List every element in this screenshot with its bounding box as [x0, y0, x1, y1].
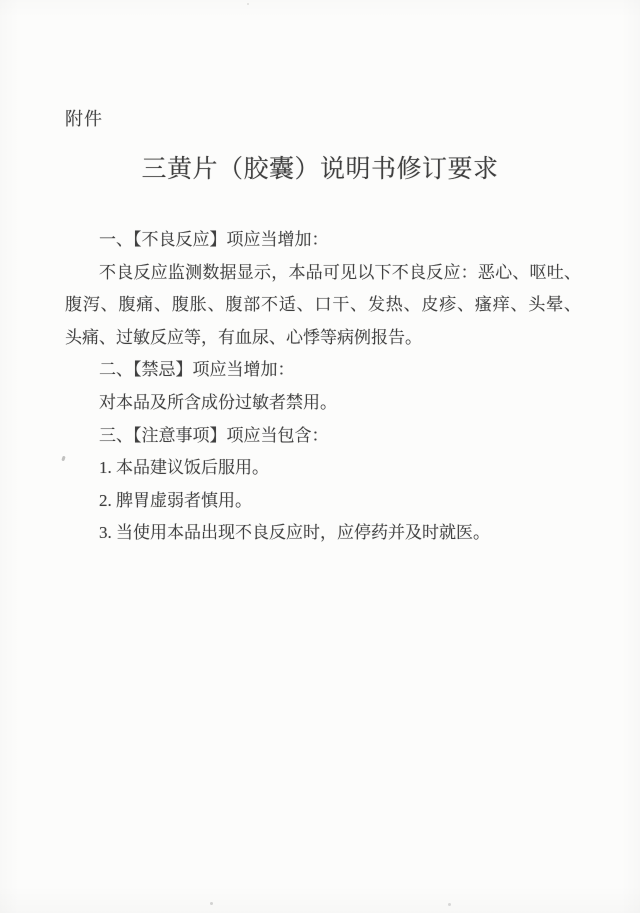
text-line: 3. 当使用本品出现不良反应时，应停药并及时就医。 — [65, 517, 581, 550]
text-line: 2. 脾胃虚弱者慎用。 — [65, 485, 581, 518]
scan-speck — [247, 3, 249, 5]
page-title: 三黄片（胶囊）说明书修订要求 — [0, 149, 640, 185]
scanned-document-page: 附件 三黄片（胶囊）说明书修订要求 一、【不良反应】项应当增加：不良反应监测数据… — [0, 0, 640, 913]
text-line: 腹泻、腹痛、腹胀、腹部不适、口干、发热、皮疹、瘙痒、头晕、 — [65, 289, 581, 322]
text-line: 1. 本品建议饭后服用。 — [65, 452, 581, 485]
scan-speck — [210, 902, 213, 905]
text-line: 一、【不良反应】项应当增加： — [65, 224, 581, 257]
text-line: 二、【禁忌】项应当增加： — [65, 354, 581, 387]
attachment-label: 附件 — [65, 105, 103, 131]
text-line: 头痛、过敏反应等，有血尿、心悸等病例报告。 — [65, 322, 581, 355]
text-line: 三、【注意事项】项应当包含： — [65, 420, 581, 453]
document-body: 一、【不良反应】项应当增加：不良反应监测数据显示，本品可见以下不良反应：恶心、呕… — [65, 224, 581, 550]
text-line: 对本品及所含成份过敏者禁用。 — [65, 387, 581, 420]
scan-speck — [448, 903, 451, 906]
text-line: 不良反应监测数据显示，本品可见以下不良反应：恶心、呕吐、 — [65, 257, 581, 290]
